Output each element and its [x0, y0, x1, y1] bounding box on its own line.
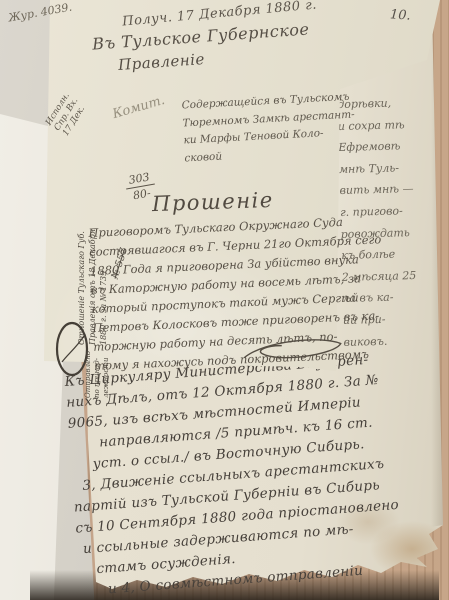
oval-mark-caption-line: Отправлено — [84, 320, 93, 398]
margin-fragment-line: вить мнѣ — — [339, 178, 414, 202]
petition-title: Прошеніе — [152, 188, 274, 216]
margin-fragment-line: мнѣ Туль- — [339, 157, 414, 181]
oval-mark-caption-line: лежности — [102, 320, 111, 398]
ink-flourish-paraph — [237, 333, 350, 367]
document-photo: дорѣвки, и сохра тѣ Ефремовѣ мнѣ Туль- в… — [0, 0, 449, 600]
sender-block: Содержащейся въ Тульскомъ Тюремномъ Замк… — [181, 89, 357, 168]
oval-mark-caption: Отправлено по принад- лежности — [84, 320, 111, 398]
oval-mark-caption-line: по принад- — [93, 320, 102, 398]
folio-number: 10. — [390, 7, 412, 23]
circular-text-block: Къ Циркуляру Министерства Внутрен- нихъ … — [64, 348, 404, 600]
